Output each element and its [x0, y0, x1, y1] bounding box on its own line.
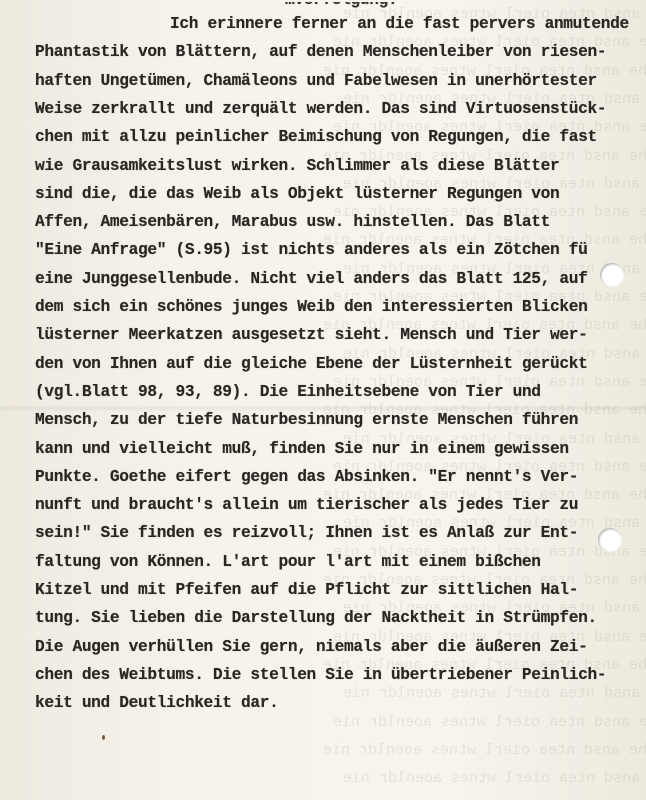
- text-line: lüsterner Meerkatzen ausgesetzt sieht. M…: [35, 325, 587, 345]
- text-line: Mensch, zu der tiefe Naturbesinnung erns…: [35, 410, 578, 430]
- text-line: Phantastik von Blättern, auf denen Mensc…: [35, 42, 606, 62]
- text-line: chen des Weibtums. Die stellen Sie in üb…: [35, 665, 606, 685]
- text-line: Die Augen verhüllen Sie gern, niemals ab…: [35, 637, 587, 657]
- text-line: nunft und braucht's allein um tierischer…: [35, 495, 578, 515]
- text-line: faltung von Können. L'art pour l'art mit…: [35, 552, 541, 572]
- partial-top-line: …Verfolgung.: [285, 0, 397, 10]
- text-line: haften Ungetümen, Chamäleons und Fabelwe…: [35, 71, 597, 91]
- text-line: chen mit allzu peinlicher Beimischung vo…: [35, 127, 597, 147]
- text-line: "Eine Anfrage" (S.95) ist nichts anderes…: [35, 240, 587, 260]
- text-line: den von Ihnen auf die gleiche Ebene der …: [35, 354, 587, 374]
- text-line: Weise zerkrallt und zerquält werden. Das…: [35, 99, 606, 119]
- text-line: Affen, Ameisenbären, Marabus usw. hinste…: [35, 212, 550, 232]
- text-line: tung. Sie lieben die Darstellung der Nac…: [35, 608, 597, 628]
- text-line: eine Junggesellenbude. Nicht viel anders…: [35, 269, 587, 289]
- text-line: Kitzel und mit Pfeifen auf die Pflicht z…: [35, 580, 578, 600]
- text-line: Punkte. Goethe eifert gegen das Absinken…: [35, 467, 578, 487]
- text-line: wie Grausamkeitslust wirken. Schlimmer a…: [35, 156, 559, 176]
- text-line: (vgl.Blatt 98, 93, 89). Die Einheitseben…: [35, 382, 541, 402]
- punch-hole-lower: [598, 528, 622, 552]
- punch-hole-upper: [600, 263, 624, 287]
- text-line: Ich erinnere ferner an die fast pervers …: [170, 14, 629, 34]
- ink-speck: [102, 735, 105, 740]
- text-line: sind die, die das Weib als Objekt lüster…: [35, 184, 559, 204]
- text-line: sein!" Sie finden es reizvoll; Ihnen ist…: [35, 523, 578, 543]
- paper-page: wdnse toerlhe ansd ntea oierl wtnes aoen…: [0, 0, 646, 800]
- text-line: dem sich ein schönes junges Weib den int…: [35, 297, 587, 317]
- text-line: kann und vielleicht muß, finden Sie nur …: [35, 439, 569, 459]
- text-line: keit und Deutlichkeit dar.: [35, 693, 278, 713]
